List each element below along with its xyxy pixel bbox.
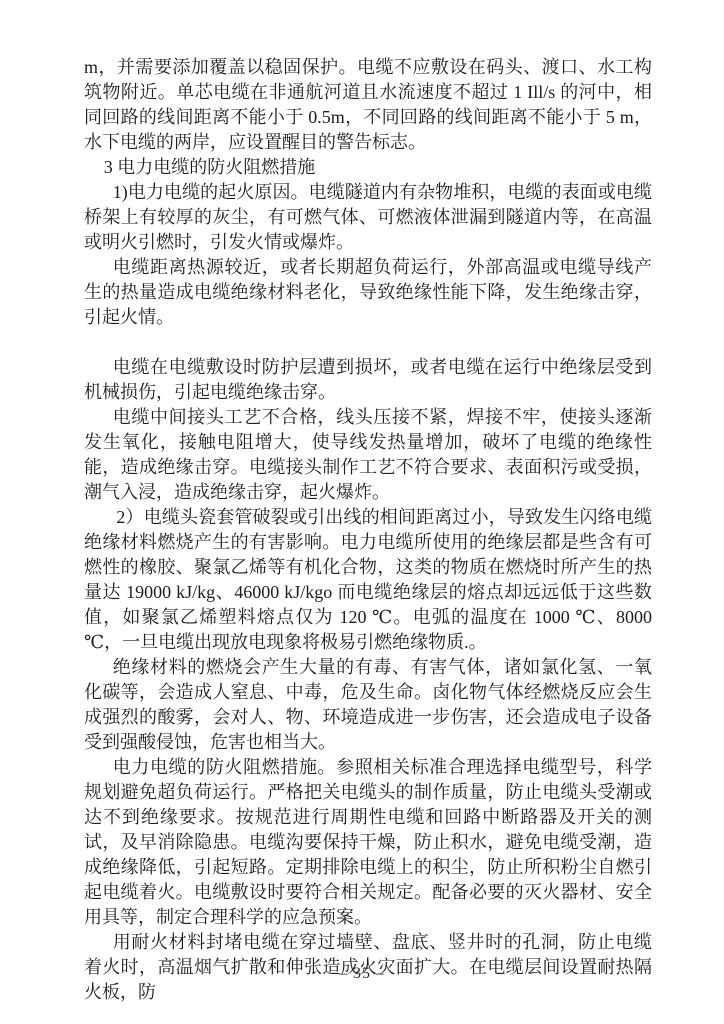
paragraph-item-2: 2）电缆头瓷套管破裂或引出线的相间距离过小，导致发生闪络电缆绝缘材料燃烧产生的有… xyxy=(84,505,652,655)
document-body: m，并需要添加覆盖以稳固保护。电缆不应敷设在码头、渡口、水工构筑物附近。单芯电缆… xyxy=(84,55,652,1005)
paragraph: 电缆距离热源较近，或者长期超负荷运行，外部高温或电缆导线产生的热量造成电缆绝缘材… xyxy=(84,255,652,330)
paragraph-continuation: m，并需要添加覆盖以稳固保护。电缆不应敷设在码头、渡口、水工构筑物附近。单芯电缆… xyxy=(84,55,652,155)
paragraph-item-1: 1)电力电缆的起火原因。电缆隧道内有杂物堆积，电缆的表面或电缆桥架上有较厚的灰尘… xyxy=(84,180,652,255)
document-page: m，并需要添加覆盖以稳固保护。电缆不应敷设在码头、渡口、水工构筑物附近。单芯电缆… xyxy=(0,0,724,1024)
paragraph: 绝缘材料的燃烧会产生大量的有毒、有害气体，诸如氯化氢、一氧化碳等，会造成人窒息、… xyxy=(84,655,652,755)
section-heading: 3 电力电缆的防火阻燃措施 xyxy=(84,155,652,180)
paragraph: 电力电缆的防火阻燃措施。参照相关标准合理选择电缆型号，科学规划避免超负荷运行。严… xyxy=(84,755,652,930)
paragraph: 电缆中间接头工艺不合格，线头压接不紧，焊接不牢，使接头逐渐发生氧化，接触电阻增大… xyxy=(84,405,652,505)
paragraph: 电缆在电缆敷设时防护层遭到损坏，或者电缆在运行中绝缘层受到机械损伤，引起电缆绝缘… xyxy=(84,355,652,405)
page-number: – 35 – xyxy=(0,963,724,985)
